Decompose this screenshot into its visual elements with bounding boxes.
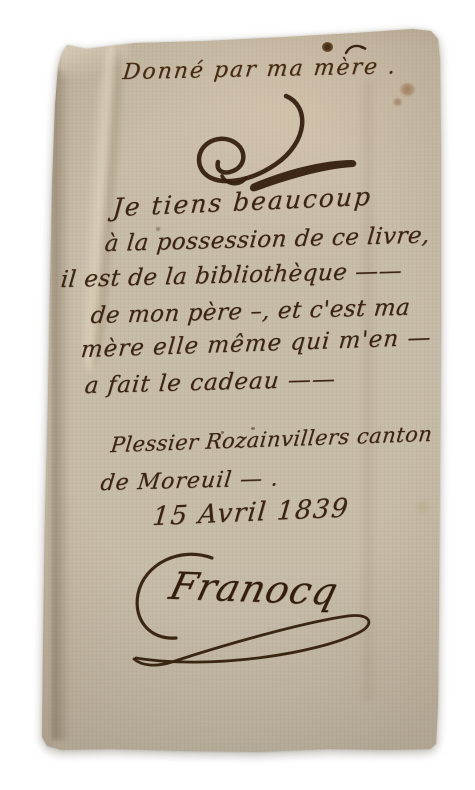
ink-tick-mark — [344, 42, 370, 56]
manuscript-page: Donné par ma mère . Je tiens beaucoup à … — [0, 0, 475, 790]
place-line: de Moreuil — . — [99, 466, 280, 496]
photo-background: Donné par ma mère . Je tiens beaucoup à … — [0, 0, 475, 790]
signature-text: Franocq — [165, 564, 343, 613]
paper-shadow: Donné par ma mère . Je tiens beaucoup à … — [0, 0, 475, 790]
